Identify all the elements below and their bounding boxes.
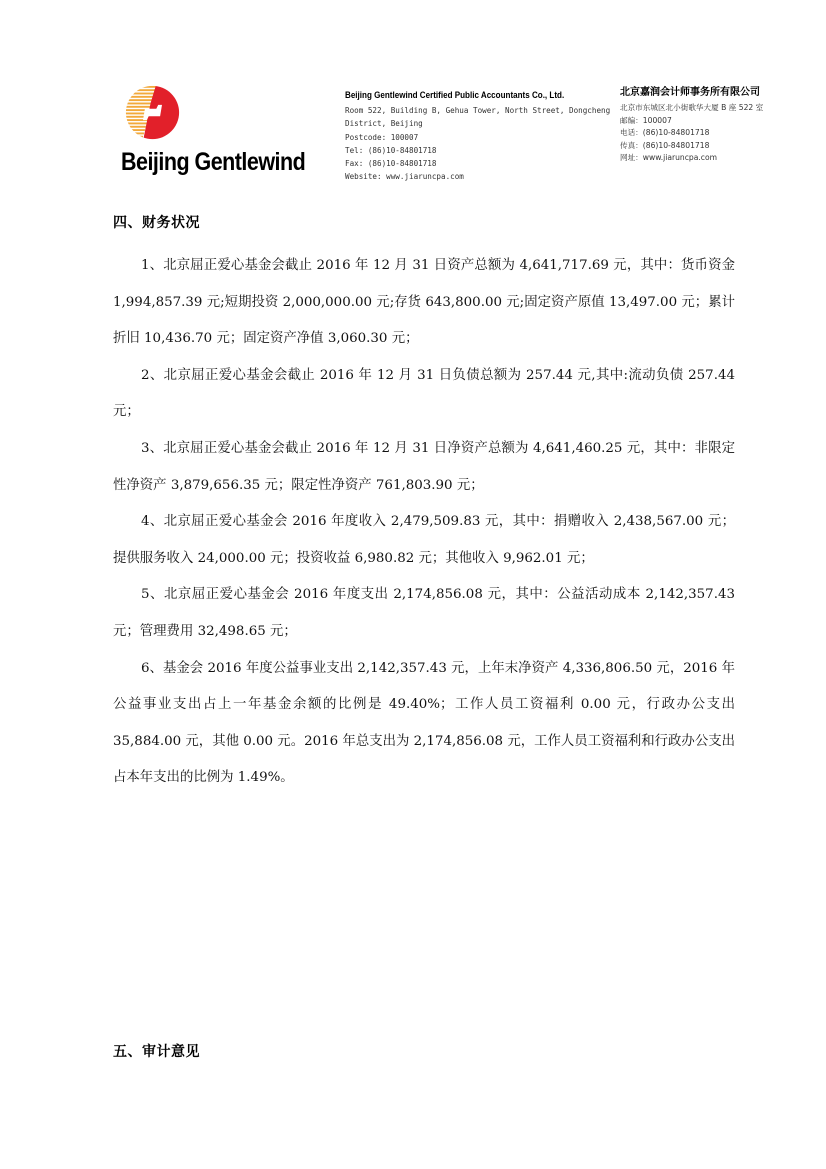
chinese-postcode: 邮编：100007 xyxy=(620,115,763,128)
english-tel: Tel: (86)10-84801718 xyxy=(345,144,610,157)
english-company-name: Beijing Gentlewind Certified Public Acco… xyxy=(345,88,573,102)
section-heading-financial-status: 四、财务状况 xyxy=(113,212,200,232)
paragraph-income: 4、北京屈正爱心基金会 2016 年度收入 2,479,509.83 元，其中：… xyxy=(113,504,735,577)
financial-status-body: 1、北京屈正爱心基金会截止 2016 年 12 月 31 日资产总额为 4,64… xyxy=(113,248,735,797)
chinese-contact-block: 北京嘉润会计师事务所有限公司 北京市东城区北小街歌华大厦 B 座 522 室 邮… xyxy=(620,86,763,165)
chinese-fax: 传真：(86)10-84801718 xyxy=(620,140,763,153)
english-address-line-1: Room 522, Building B, Gehua Tower, North… xyxy=(345,104,610,117)
brand-name: Beijing Gentlewind xyxy=(121,148,305,177)
english-postcode: Postcode: 100007 xyxy=(345,131,610,144)
paragraph-public-welfare-ratio: 6、基金会 2016 年度公益事业支出 2,142,357.43 元，上年末净资… xyxy=(113,651,735,797)
paragraph-total-assets: 1、北京屈正爱心基金会截止 2016 年 12 月 31 日资产总额为 4,64… xyxy=(113,248,735,358)
section-heading-audit-opinion: 五、审计意见 xyxy=(113,1041,200,1061)
paragraph-total-liabilities: 2、北京屈正爱心基金会截止 2016 年 12 月 31 日负债总额为 257.… xyxy=(113,358,735,431)
chinese-tel: 电话：(86)10-84801718 xyxy=(620,127,763,140)
english-fax: Fax: (86)10-84801718 xyxy=(345,157,610,170)
paragraph-expenditure: 5、北京屈正爱心基金会 2016 年度支出 2,174,856.08 元，其中：… xyxy=(113,577,735,650)
gentlewind-logo-icon xyxy=(124,84,181,141)
chinese-address: 北京市东城区北小街歌华大厦 B 座 522 室 xyxy=(620,102,763,115)
english-website: Website: www.jiaruncpa.com xyxy=(345,170,610,183)
chinese-company-name: 北京嘉润会计师事务所有限公司 xyxy=(620,86,763,100)
chinese-website: 网址：www.jiaruncpa.com xyxy=(620,152,763,165)
paragraph-net-assets: 3、北京屈正爱心基金会截止 2016 年 12 月 31 日净资产总额为 4,6… xyxy=(113,431,735,504)
english-contact-block: Beijing Gentlewind Certified Public Acco… xyxy=(345,88,610,184)
english-address-line-2: District, Beijing xyxy=(345,117,610,130)
